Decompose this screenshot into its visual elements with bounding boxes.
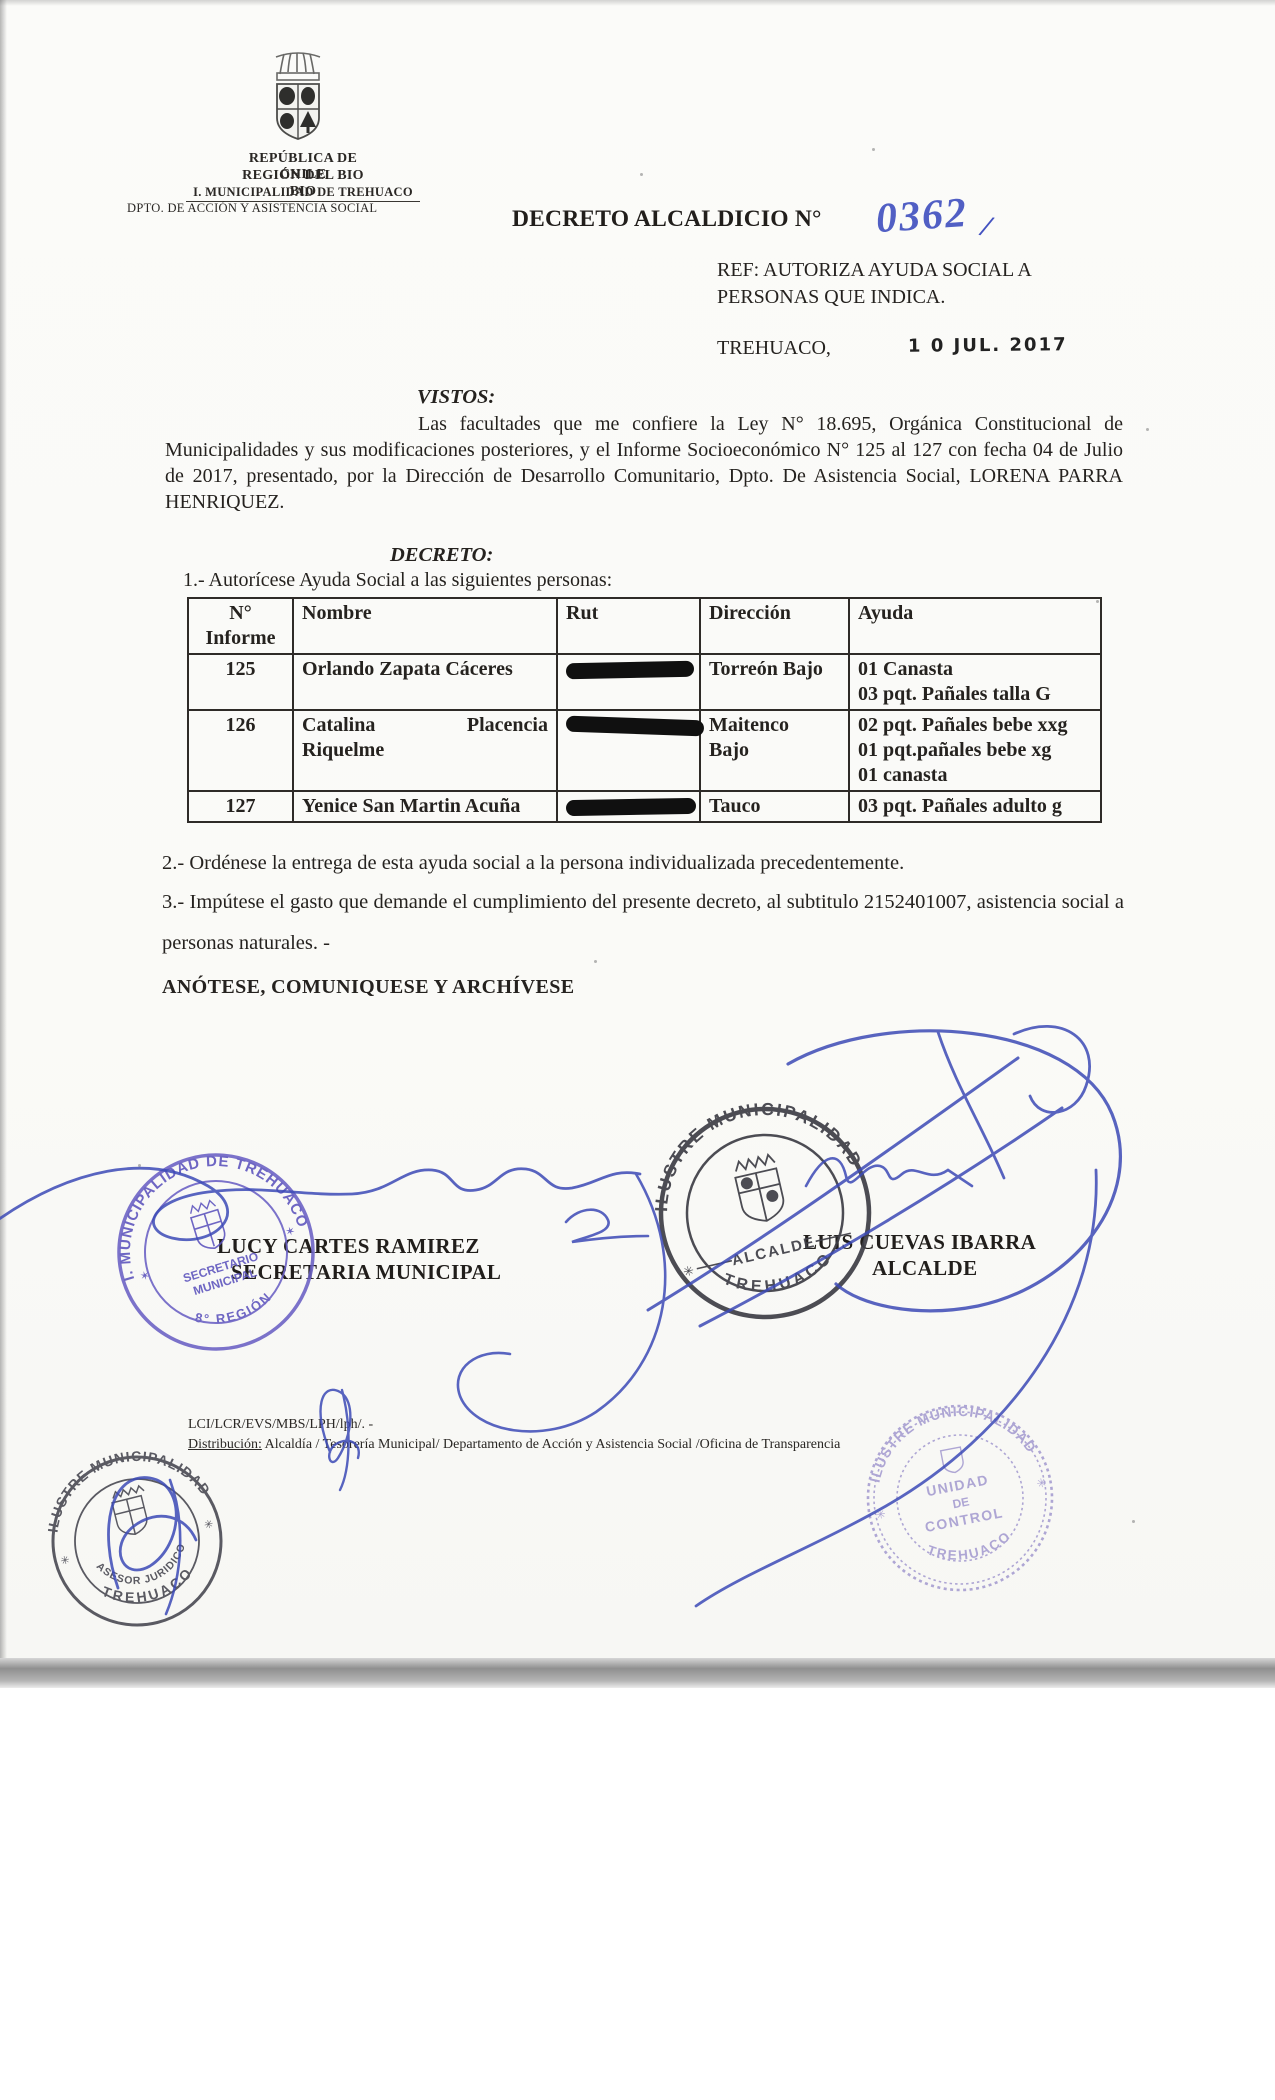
scan-edge-shadow: [0, 0, 1275, 6]
col-header-rut: Rut: [557, 598, 700, 654]
scan-speck: [138, 1164, 141, 1167]
secretary-stamp-arc-top: I. MUNICIPALIDAD DE TREHUACO: [92, 1128, 311, 1283]
mayor-stamp-crest: [732, 1154, 787, 1226]
decree-place: TREHUACO,: [717, 337, 831, 360]
cell-rut: [557, 710, 700, 791]
header-department: DPTO. DE ACCIÓN Y ASISTENCIA SOCIAL: [127, 201, 447, 216]
scan-speck: [1096, 600, 1099, 603]
decreto-label: DECRETO:: [390, 544, 493, 567]
control-stamp-crest: [941, 1447, 965, 1474]
svg-text:I. MUNICIPALIDAD DE TREHUACO: I. MUNICIPALIDAD DE TREHUACO: [92, 1128, 311, 1283]
cell-informe: 127: [188, 791, 293, 822]
decree-number-handwritten: 0362: [874, 189, 969, 243]
svg-text:TREHUACO: TREHUACO: [923, 1527, 1017, 1570]
cell-nombre: Catalina Placencia Riquelme: [293, 710, 557, 791]
decree-ref-line2: PERSONAS QUE INDICA.: [717, 284, 945, 311]
mayor-stamp-center: ALCALDE: [730, 1234, 817, 1270]
legal-stamp-crest: [110, 1485, 154, 1538]
scan-speck: [1146, 428, 1149, 431]
decree-ref-line1: REF: AUTORIZA AYUDA SOCIAL A: [717, 257, 1032, 284]
scan-speck: [594, 960, 597, 963]
rut-redaction-bar: [566, 798, 696, 816]
ayuda-social-table: N° Informe Nombre Rut Dirección Ayuda 12…: [187, 597, 1102, 823]
scan-speck: [1132, 1520, 1135, 1523]
cell-informe: 126: [188, 710, 293, 791]
cell-ayuda: 01 Canasta 03 pqt. Pañales talla G: [849, 654, 1101, 710]
col-header-ayuda: Ayuda: [849, 598, 1101, 654]
table-row: 126 Catalina Placencia Riquelme Maitenco…: [188, 710, 1101, 791]
stamp-unidad-de-control: ILUSTRE MUNICIPALIDAD TREHUACO UNIDAD DE…: [862, 1400, 1058, 1596]
resolution-item-3: 3.- Impútese el gasto que demande el cum…: [162, 882, 1124, 964]
municipal-coat-of-arms: [262, 48, 334, 150]
scan-speck: [872, 148, 875, 151]
footer-distribution-label: Distribución:: [188, 1437, 262, 1452]
vistos-label: VISTOS:: [417, 386, 495, 409]
scan-paper-background: [0, 0, 1275, 1658]
control-stamp-center1: UNIDAD: [925, 1471, 990, 1499]
resolution-item-1: 1.- Autorícese Ayuda Social a las siguie…: [183, 569, 612, 592]
cell-rut: [557, 791, 700, 822]
cell-rut: [557, 654, 700, 710]
control-stamp-arc-bottom: TREHUACO: [923, 1527, 1017, 1570]
col-header-informe: N° Informe: [188, 598, 293, 654]
star-icon: ✳: [874, 1507, 887, 1523]
stamp-secretaria-municipal: I. MUNICIPALIDAD DE TREHUACO 8° REGIÓN S…: [110, 1146, 322, 1358]
col-header-nombre: Nombre: [293, 598, 557, 654]
cell-ayuda: 02 pqt. Pañales bebe xxg 01 pqt.pañales …: [849, 710, 1101, 791]
resolution-item-2: 2.- Ordénese la entrega de esta ayuda so…: [162, 843, 1124, 884]
decree-title: DECRETO ALCALDICIO N°: [512, 206, 822, 233]
star-icon: ✶: [138, 1268, 152, 1284]
closing-formula: ANÓTESE, COMUNIQUESE Y ARCHÍVESE: [162, 976, 575, 999]
scan-gray-band: [0, 1658, 1275, 1688]
star-icon: ✳: [59, 1554, 71, 1568]
secretary-stamp-crest: [191, 1210, 228, 1253]
table-header-row: N° Informe Nombre Rut Dirección Ayuda: [188, 598, 1101, 654]
star-icon: ✳: [682, 1263, 696, 1280]
footer-distribution: Distribución: Alcaldía / Tesorería Munic…: [188, 1437, 888, 1453]
cell-nombre: Orlando Zapata Cáceres: [293, 654, 557, 710]
cell-direccion: Tauco: [700, 791, 849, 822]
scan-speck: [640, 173, 643, 176]
vistos-paragraph: Las facultades que me confiere la Ley N°…: [165, 411, 1123, 515]
cell-direccion: Maitenco Bajo: [700, 710, 849, 791]
scan-edge-shadow: [0, 0, 7, 1658]
col-header-direccion: Dirección: [700, 598, 849, 654]
footer-distribution-text: Alcaldía / Tesorería Municipal/ Departam…: [262, 1437, 840, 1452]
cell-informe: 125: [188, 654, 293, 710]
cell-nombre: Yenice San Martin Acuña: [293, 791, 557, 822]
header-municipality: I. MUNICIPALIDAD DE TREHUACO: [186, 185, 420, 202]
footer-initials: LCI/LCR/EVS/MBS/LPH/lph/. -: [188, 1417, 373, 1433]
mayor-title: ALCALDE: [872, 1256, 977, 1281]
cell-ayuda: 03 pqt. Pañales adulto g: [849, 791, 1101, 822]
rut-redaction-bar: [566, 661, 694, 680]
stamp-alcalde: ILUSTRE MUNICIPALIDAD TREHUACO ALCALDE ✳: [652, 1100, 878, 1326]
table-row: 125 Orlando Zapata Cáceres Torreón Bajo …: [188, 654, 1101, 710]
control-stamp-center2: DE: [951, 1494, 970, 1511]
table-row: 127 Yenice San Martin Acuña Tauco 03 pqt…: [188, 791, 1101, 822]
cell-direccion: Torreón Bajo: [700, 654, 849, 710]
date-stamp: 1 0 JUL. 2017: [908, 334, 1068, 356]
star-icon: ✳: [1035, 1475, 1048, 1491]
scanned-decree-page: REPÚBLICA DE CHILE REGIÓN DEL BIO BIO I.…: [0, 0, 1275, 2100]
stamp-asesor-juridico: ILUSTRE MUNICIPALIDAD TREHUACO ASESOR JU…: [46, 1450, 228, 1632]
star-icon: ✳: [203, 1518, 215, 1532]
